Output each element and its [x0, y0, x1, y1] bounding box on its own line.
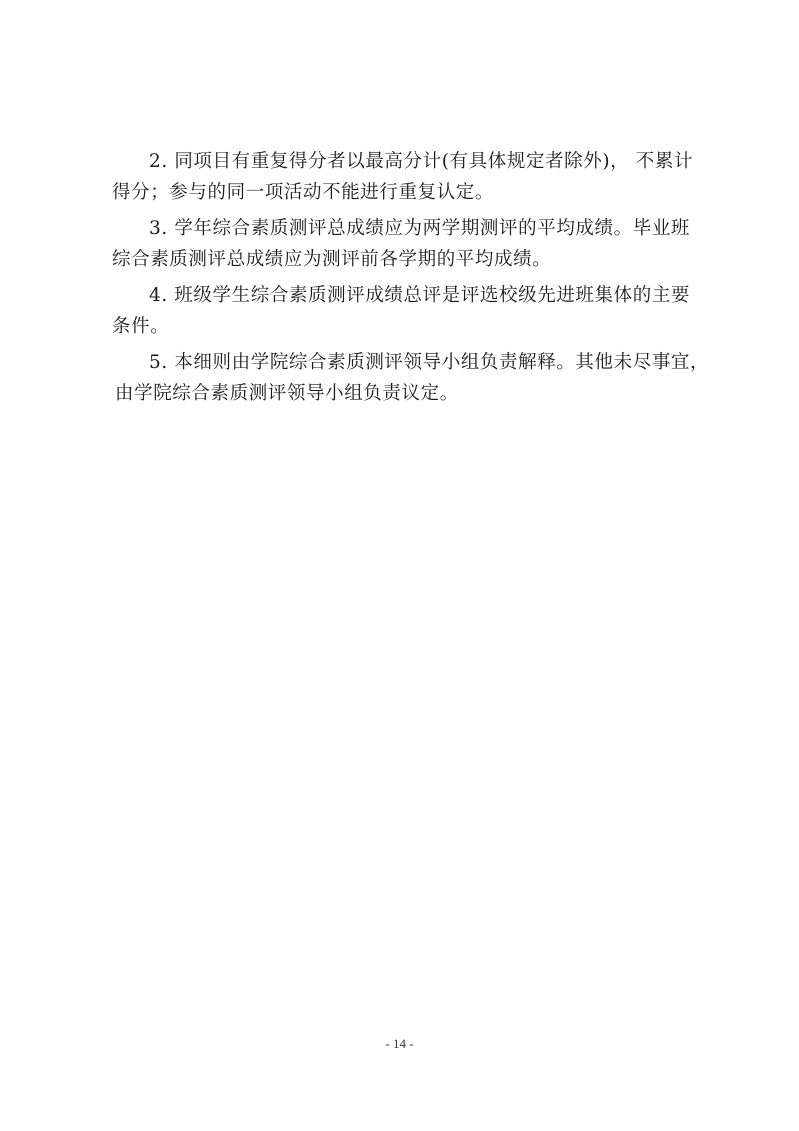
- page-number: - 14 -: [0, 1036, 799, 1052]
- paragraph-item-5: 5. 本细则由学院综合素质测评领导小组负责解释。其他未尽事宜， 由学院综合素质测…: [112, 347, 692, 409]
- paragraph-line: 得分；参与的同一项活动不能进行重复认定。: [112, 177, 692, 208]
- paragraph-line: 由学院综合素质测评领导小组负责议定。: [112, 378, 692, 409]
- paragraph-line: 4. 班级学生综合素质测评成绩总评是评选校级先进班集体的主要: [112, 280, 692, 311]
- paragraph-line: 条件。: [112, 311, 692, 342]
- paragraph-item-3: 3. 学年综合素质测评总成绩应为两学期测评的平均成绩。毕业班 综合素质测评总成绩…: [112, 213, 692, 275]
- paragraph-line: 综合素质测评总成绩应为测评前各学期的平均成绩。: [112, 244, 692, 275]
- paragraph-item-2: 2. 同项目有重复得分者以最高分计(有具体规定者除外)， 不累计 得分；参与的同…: [112, 146, 692, 208]
- document-body: 2. 同项目有重复得分者以最高分计(有具体规定者除外)， 不累计 得分；参与的同…: [112, 146, 692, 414]
- document-page: 2. 同项目有重复得分者以最高分计(有具体规定者除外)， 不累计 得分；参与的同…: [0, 0, 799, 1131]
- paragraph-line: 2. 同项目有重复得分者以最高分计(有具体规定者除外)， 不累计: [112, 146, 692, 177]
- paragraph-line: 5. 本细则由学院综合素质测评领导小组负责解释。其他未尽事宜，: [112, 347, 692, 378]
- paragraph-item-4: 4. 班级学生综合素质测评成绩总评是评选校级先进班集体的主要 条件。: [112, 280, 692, 342]
- paragraph-line: 3. 学年综合素质测评总成绩应为两学期测评的平均成绩。毕业班: [112, 213, 692, 244]
